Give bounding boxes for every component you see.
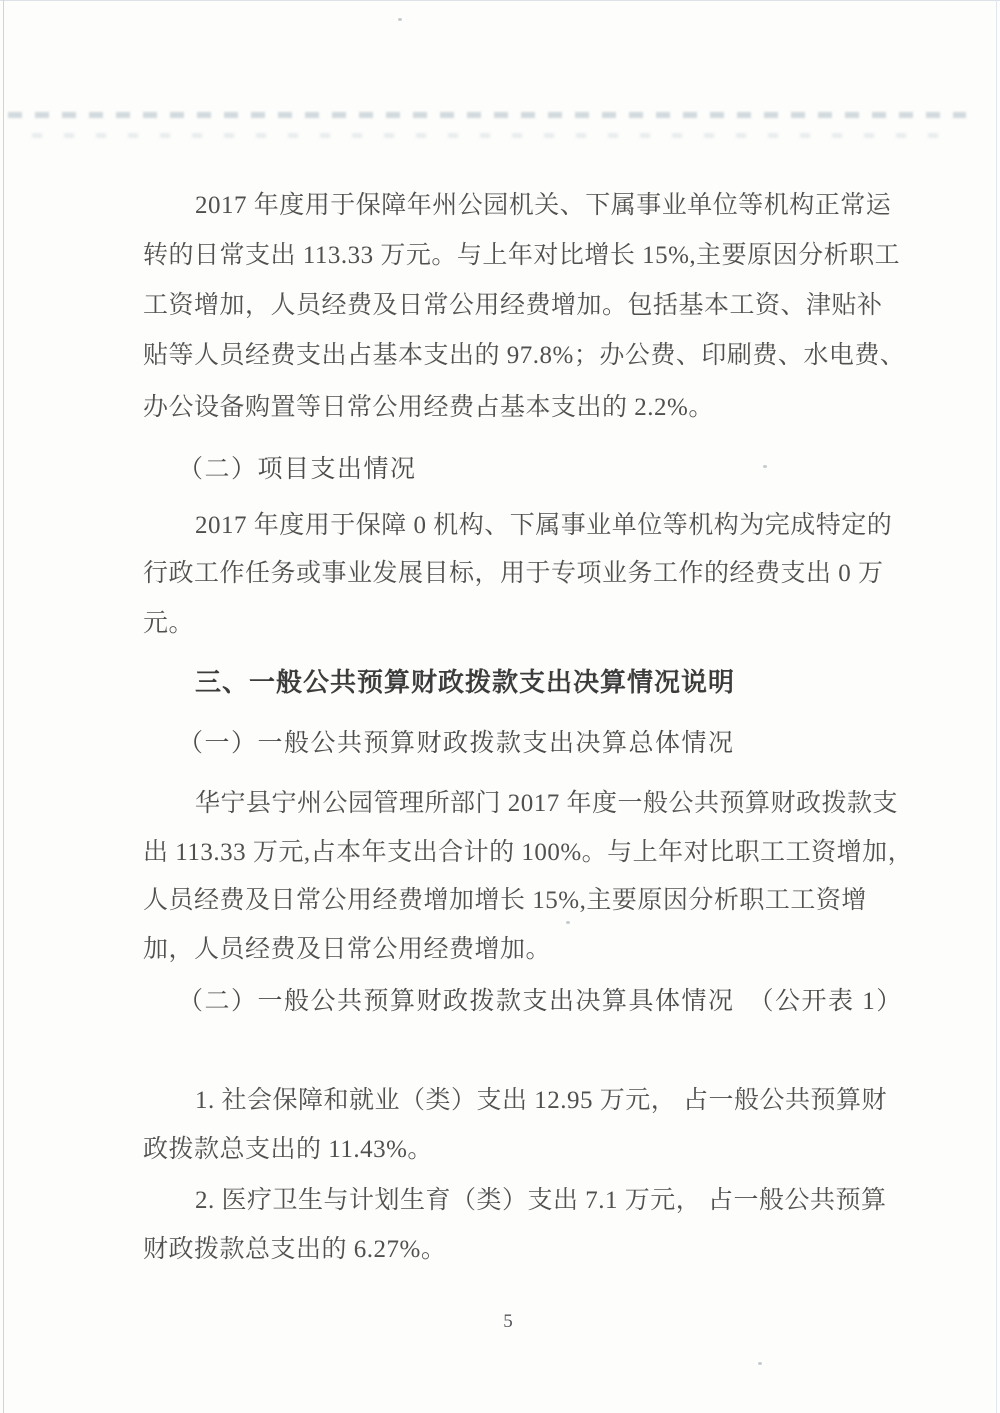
heading-project-expenditure: （二）项目支出情况 <box>178 456 417 485</box>
section-three-heading: 三、一般公共预算财政拨款支出决算情况说明 <box>195 668 735 698</box>
heading-specific-situation: （二）一般公共预算财政拨款支出决算具体情况 （公开表 1） <box>178 988 903 1017</box>
scan-edge-right-line <box>996 0 997 1413</box>
scanned-document-page: 2017 年度用于保障年州公园机关、下属事业单位等机构正常运 转的日常支出 11… <box>0 0 1000 1413</box>
scan-edge-top-line <box>0 0 1000 1</box>
scan-speck <box>566 921 570 924</box>
paragraph-line: 财政拨款总支出的 6.27%。 <box>143 1236 446 1265</box>
paragraph-line: 2017 年度用于保障 0 机构、下属事业单位等机构为完成特定的 <box>195 512 892 541</box>
paragraph-line: 人员经费及日常公用经费增加增长 15%,主要原因分析职工工资增 <box>143 887 867 916</box>
heading-overall-situation: （一）一般公共预算财政拨款支出决算总体情况 <box>178 730 735 759</box>
paragraph-line: 2. 医疗卫生与计划生育（类）支出 7.1 万元， 占一般公共预算 <box>195 1187 887 1216</box>
scan-bleedthrough-band <box>8 112 966 118</box>
scan-speck <box>398 18 402 21</box>
paragraph-line: 加，人员经费及日常公用经费增加。 <box>143 936 551 965</box>
paragraph-line: 出 113.33 万元,占本年支出合计的 100%。与上年对比职工工资增加， <box>143 839 913 868</box>
paragraph-line: 办公设备购置等日常公用经费占基本支出的 2.2%。 <box>143 394 714 423</box>
paragraph-line: 元。 <box>143 610 194 639</box>
scan-edge-left-line <box>3 0 4 1413</box>
paragraph-line: 政拨款总支出的 11.43%。 <box>143 1136 433 1165</box>
scan-speck <box>758 1362 762 1365</box>
paragraph-line: 工资增加，人员经费及日常公用经费增加。包括基本工资、津贴补 <box>143 292 883 321</box>
paragraph-line: 转的日常支出 113.33 万元。与上年对比增长 15%,主要原因分析职工 <box>143 242 900 271</box>
scan-bleedthrough-band <box>32 133 947 138</box>
page-number: 5 <box>0 1311 1000 1333</box>
paragraph-line: 行政工作任务或事业发展目标，用于专项业务工作的经费支出 0 万 <box>143 560 884 589</box>
paragraph-line: 华宁县宁州公园管理所部门 2017 年度一般公共预算财政拨款支 <box>195 790 898 819</box>
scan-speck <box>763 465 767 468</box>
paragraph-line: 贴等人员经费支出占基本支出的 97.8%；办公费、印刷费、水电费、 <box>143 342 905 371</box>
paragraph-line: 2017 年度用于保障年州公园机关、下属事业单位等机构正常运 <box>195 192 891 221</box>
paragraph-line: 1. 社会保障和就业（类）支出 12.95 万元， 占一般公共预算财 <box>195 1087 887 1116</box>
